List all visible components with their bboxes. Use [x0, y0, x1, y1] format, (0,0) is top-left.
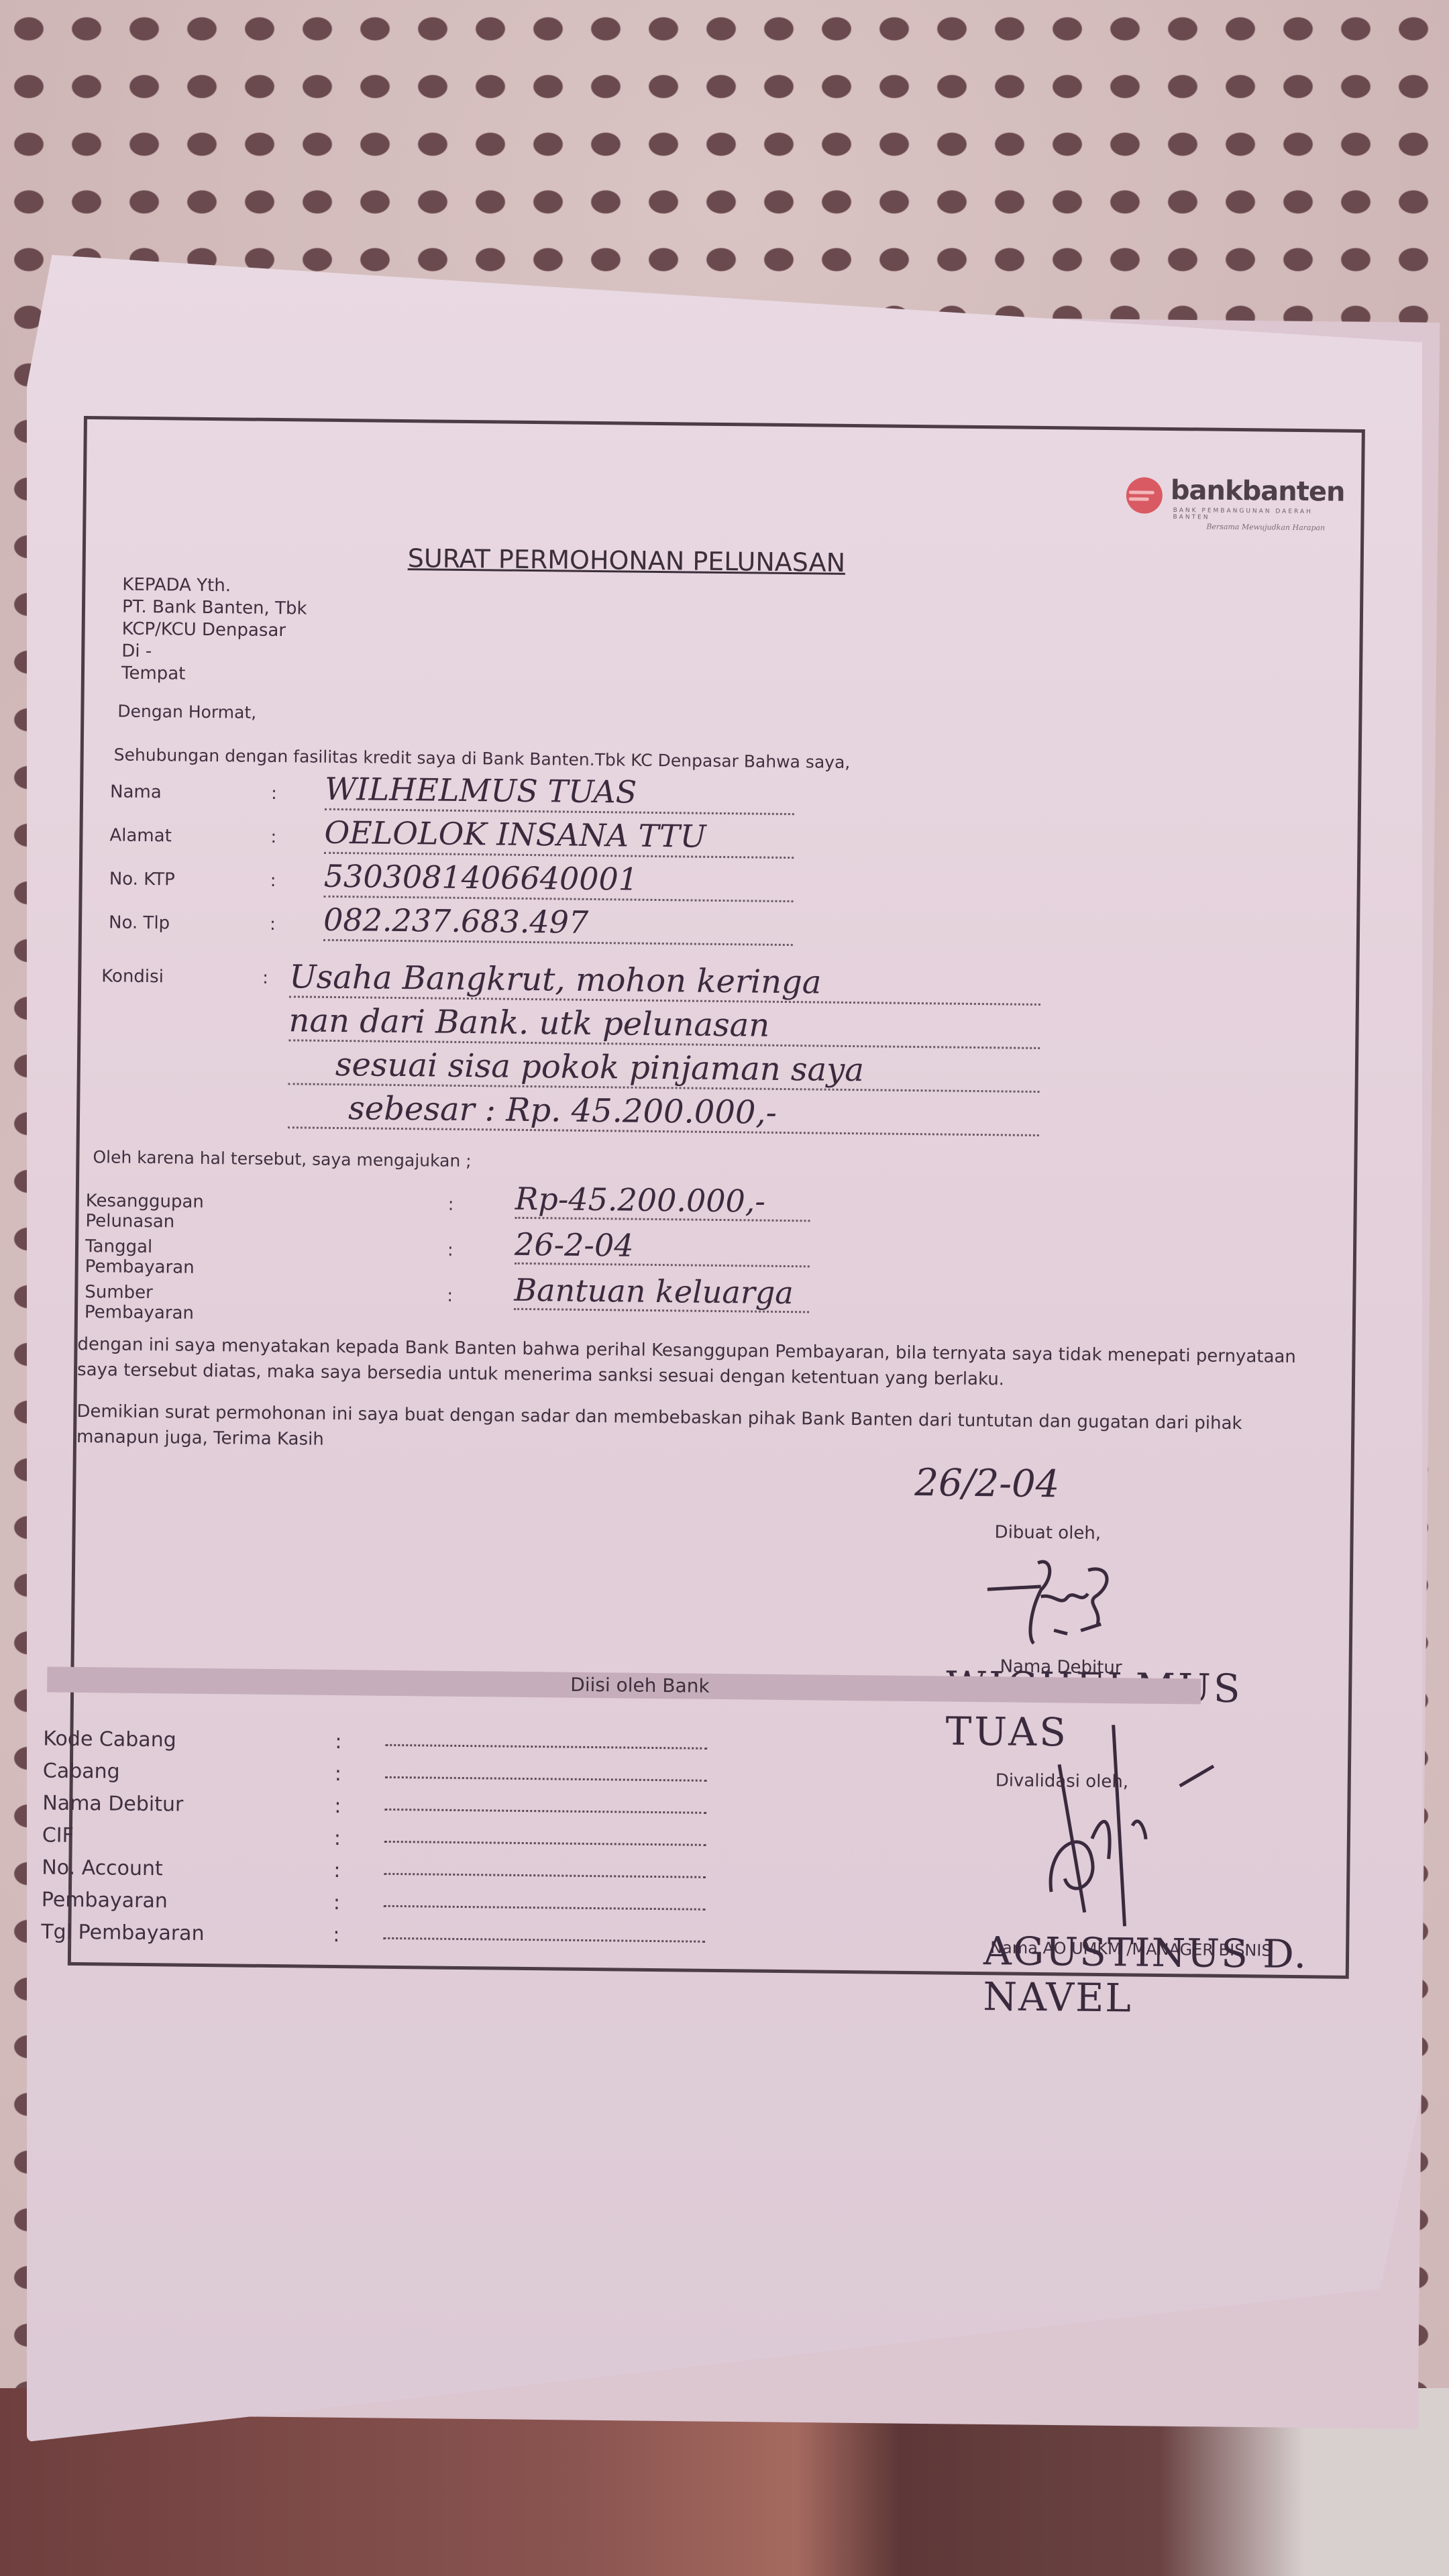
field-value-alamat: OELOLOK INSANA TTU: [324, 814, 794, 859]
recipient-line: KCP/KCU Denpasar: [121, 619, 307, 643]
bank-field-label: Kode Cabang: [43, 1727, 176, 1752]
request-label: Tanggal Pembayaran: [85, 1236, 195, 1278]
sign-date: 26/2-04: [914, 1461, 1060, 1506]
made-by-label: Dibuat oleh,: [994, 1522, 1101, 1544]
bank-field-blank: [384, 1873, 706, 1878]
recipient-address: KEPADA Yth. PT. Bank Banten, Tbk KCP/KCU…: [121, 574, 307, 687]
field-label: No. KTP: [109, 869, 244, 890]
kondisi-line: sebesar : Rp. 45.200.000,-: [288, 1089, 1040, 1136]
field-label: Kondisi: [101, 966, 235, 987]
document-title: SURAT PERMOHONAN PELUNASAN: [408, 543, 846, 578]
kondisi-line: sesuai sisa pokok pinjaman saya: [288, 1045, 1040, 1093]
colon: :: [333, 1923, 339, 1947]
colon: :: [447, 1240, 453, 1260]
greeting: Dengan Hormat,: [117, 702, 256, 722]
colon: :: [270, 914, 276, 934]
bank-field-blank: [385, 1744, 707, 1750]
request-value-amount: Rp-45.200.000,-: [515, 1181, 811, 1222]
colon: :: [333, 1891, 340, 1915]
recipient-line: KEPADA Yth.: [122, 574, 307, 598]
bank-field-blank: [384, 1841, 706, 1846]
colon: :: [447, 1286, 453, 1306]
colon: :: [270, 871, 276, 891]
bank-field-label: CIF: [42, 1823, 74, 1847]
bank-logo-name: bankbanten: [1171, 475, 1345, 508]
bank-field-blank: [385, 1776, 707, 1782]
debtor-signature: [987, 1556, 1162, 1652]
bank-field-label: Tgl Pembayaran: [41, 1920, 205, 1945]
bank-field-label: Nama Debitur: [42, 1791, 183, 1816]
colon: :: [262, 968, 268, 988]
bank-field-blank: [384, 1809, 706, 1814]
intro-text: Sehubungan dengan fasilitas kredit saya …: [114, 745, 851, 771]
colon: :: [335, 1762, 341, 1786]
kondisi-line: nan dari Bank. utk pelunasan: [288, 1002, 1040, 1049]
bank-logo-subtitle: BANK PEMBANGUNAN DAERAH BANTEN: [1173, 507, 1347, 523]
bank-field-label: No. Account: [42, 1856, 163, 1880]
recipient-line: Tempat: [121, 663, 307, 687]
field-value-ktp: 5303081406640001: [324, 858, 794, 902]
field-value-tlp: 082.237.683.497: [323, 902, 794, 946]
bank-section-title: Diisi oleh Bank: [570, 1674, 710, 1697]
officer-name-handwritten: AGUSTINUS D. NAVEL: [983, 1928, 1346, 2023]
bank-field-label: Pembayaran: [42, 1888, 168, 1913]
field-label: Nama: [110, 782, 244, 803]
request-intro: Oleh karena hal tersebut, saya mengajuka…: [93, 1147, 472, 1171]
field-value-nama: WILHELMUS TUAS: [325, 771, 795, 815]
field-label: No. Tlp: [109, 912, 243, 934]
colon: :: [270, 827, 276, 847]
request-value-date: 26-2-04: [515, 1226, 810, 1268]
officer-signature: [1030, 1724, 1234, 1954]
bank-logo-icon: [1126, 477, 1163, 514]
request-value-source: Bantuan keluarga: [514, 1272, 810, 1313]
colon: :: [333, 1859, 340, 1882]
request-label: Kesanggupan Pelunasan: [85, 1191, 204, 1232]
field-label: Alamat: [109, 825, 244, 847]
colon: :: [334, 1827, 341, 1850]
bank-field-blank: [383, 1937, 705, 1943]
request-label: Sumber Pembayaran: [85, 1282, 195, 1324]
colon: :: [334, 1794, 341, 1818]
colon: :: [271, 784, 277, 804]
document-frame: bankbanten BANK PEMBANGUNAN DAERAH BANTE…: [68, 416, 1365, 1979]
colon: :: [335, 1730, 341, 1754]
bank-logo: bankbanten BANK PEMBANGUNAN DAERAH BANTE…: [1126, 470, 1348, 539]
statement-paragraph: dengan ini saya menyatakan kepada Bank B…: [77, 1332, 1299, 1395]
document-page: bankbanten BANK PEMBANGUNAN DAERAH BANTE…: [27, 255, 1422, 2442]
kondisi-line: Usaha Bangkrut, mohon keringa: [289, 958, 1041, 1006]
closing-paragraph: Demikian surat permohonan ini saya buat …: [76, 1399, 1298, 1462]
colon: :: [448, 1195, 454, 1215]
bank-logo-tagline: Bersama Mewujudkan Harapan: [1206, 523, 1325, 533]
recipient-line: Di -: [121, 641, 307, 665]
recipient-line: PT. Bank Banten, Tbk: [122, 596, 307, 621]
bank-field-label: Cabang: [43, 1759, 120, 1783]
bank-field-blank: [384, 1905, 706, 1911]
